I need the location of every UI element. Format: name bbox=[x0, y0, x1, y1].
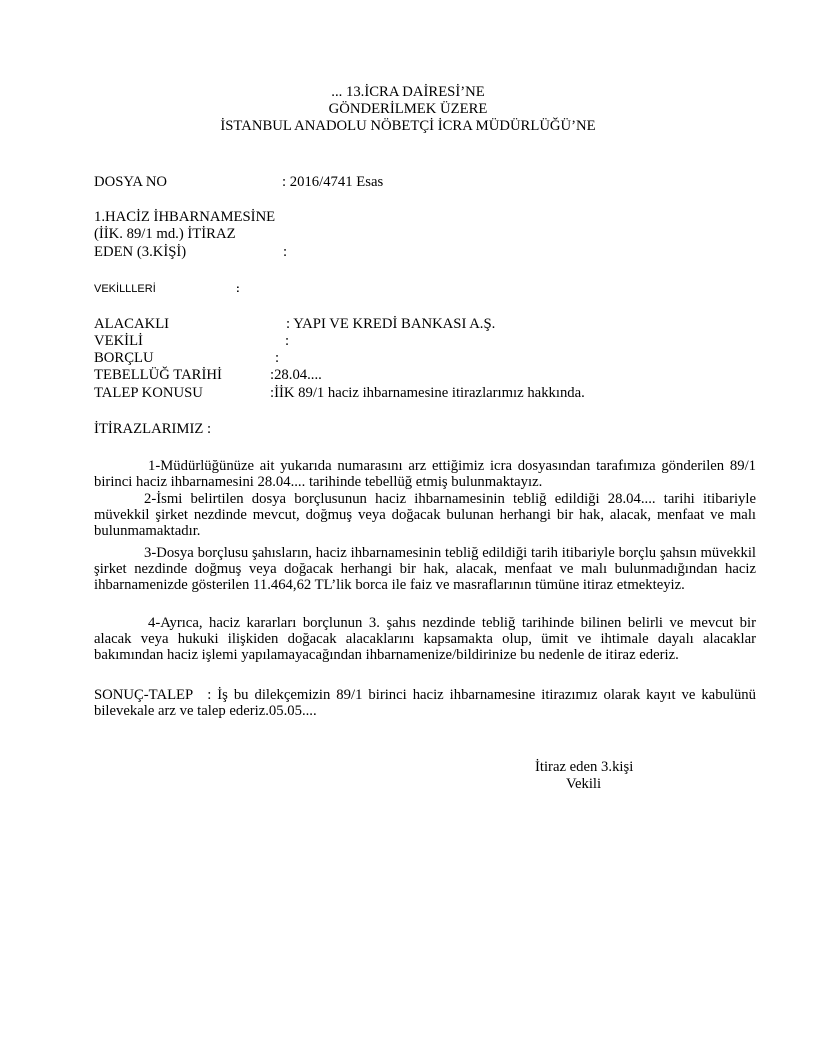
vekili-value: : bbox=[285, 333, 289, 349]
header-line-2: GÖNDERİLMEK ÜZERE bbox=[0, 101, 816, 118]
vekilleri-label: VEKİLLLERİ bbox=[94, 281, 156, 297]
tebellug-tarihi-label: TEBELLÜĞ TARİHİ bbox=[94, 367, 222, 383]
alacakli-label: ALACAKLI bbox=[94, 316, 169, 332]
itiraz-eden-value: : bbox=[283, 244, 287, 260]
sonuc-talep-label: SONUÇ-TALEP bbox=[94, 687, 193, 703]
itirazlar-heading: İTİRAZLARIMIZ : bbox=[94, 421, 211, 437]
itiraz-eden-line-2: (İİK. 89/1 md.) İTİRAZ bbox=[94, 226, 236, 242]
signature-line-1: İtiraz eden 3.kişi bbox=[535, 759, 633, 775]
talep-konusu-value: :İİK 89/1 haciz ihbarnamesine itirazları… bbox=[270, 385, 585, 401]
borclu-value: : bbox=[275, 350, 279, 366]
dosya-no-value: : 2016/4741 Esas bbox=[282, 174, 383, 190]
itiraz-item-1: 1-Müdürlüğünüze ait yukarıda numarasını … bbox=[94, 458, 756, 490]
alacakli-value: : YAPI VE KREDİ BANKASI A.Ş. bbox=[286, 316, 495, 332]
sonuc-talep: SONUÇ-TALEP: İş bu dilekçemizin 89/1 bir… bbox=[94, 687, 756, 719]
itiraz-item-3: 3-Dosya borçlusu şahısların, haciz ihbar… bbox=[94, 545, 756, 593]
dosya-no-label: DOSYA NO bbox=[94, 174, 167, 190]
itiraz-item-2: 2-İsmi belirtilen dosya borçlusunun haci… bbox=[94, 491, 756, 539]
itiraz-item-4: 4-Ayrıca, haciz kararları borçlunun 3. ş… bbox=[94, 615, 756, 663]
signature-line-2: Vekili bbox=[566, 776, 601, 792]
header-line-1: ... 13.İCRA DAİRESİ’NE bbox=[0, 84, 816, 101]
tebellug-tarihi-value: :28.04.... bbox=[270, 367, 322, 383]
itiraz-eden-line-1: 1.HACİZ İHBARNAMESİNE bbox=[94, 209, 275, 225]
header-line-3: İSTANBUL ANADOLU NÖBETÇİ İCRA MÜDÜRLÜĞÜ’… bbox=[0, 118, 816, 135]
sonuc-talep-text: : İş bu dilekçemizin 89/1 birinci haciz … bbox=[94, 687, 756, 719]
vekilleri-value: : bbox=[236, 281, 240, 297]
talep-konusu-label: TALEP KONUSU bbox=[94, 385, 203, 401]
document-header: ... 13.İCRA DAİRESİ’NE GÖNDERİLMEK ÜZERE… bbox=[0, 84, 816, 135]
vekili-label: VEKİLİ bbox=[94, 333, 143, 349]
itiraz-eden-line-3: EDEN (3.KİŞİ) bbox=[94, 244, 186, 260]
borclu-label: BORÇLU bbox=[94, 350, 154, 366]
